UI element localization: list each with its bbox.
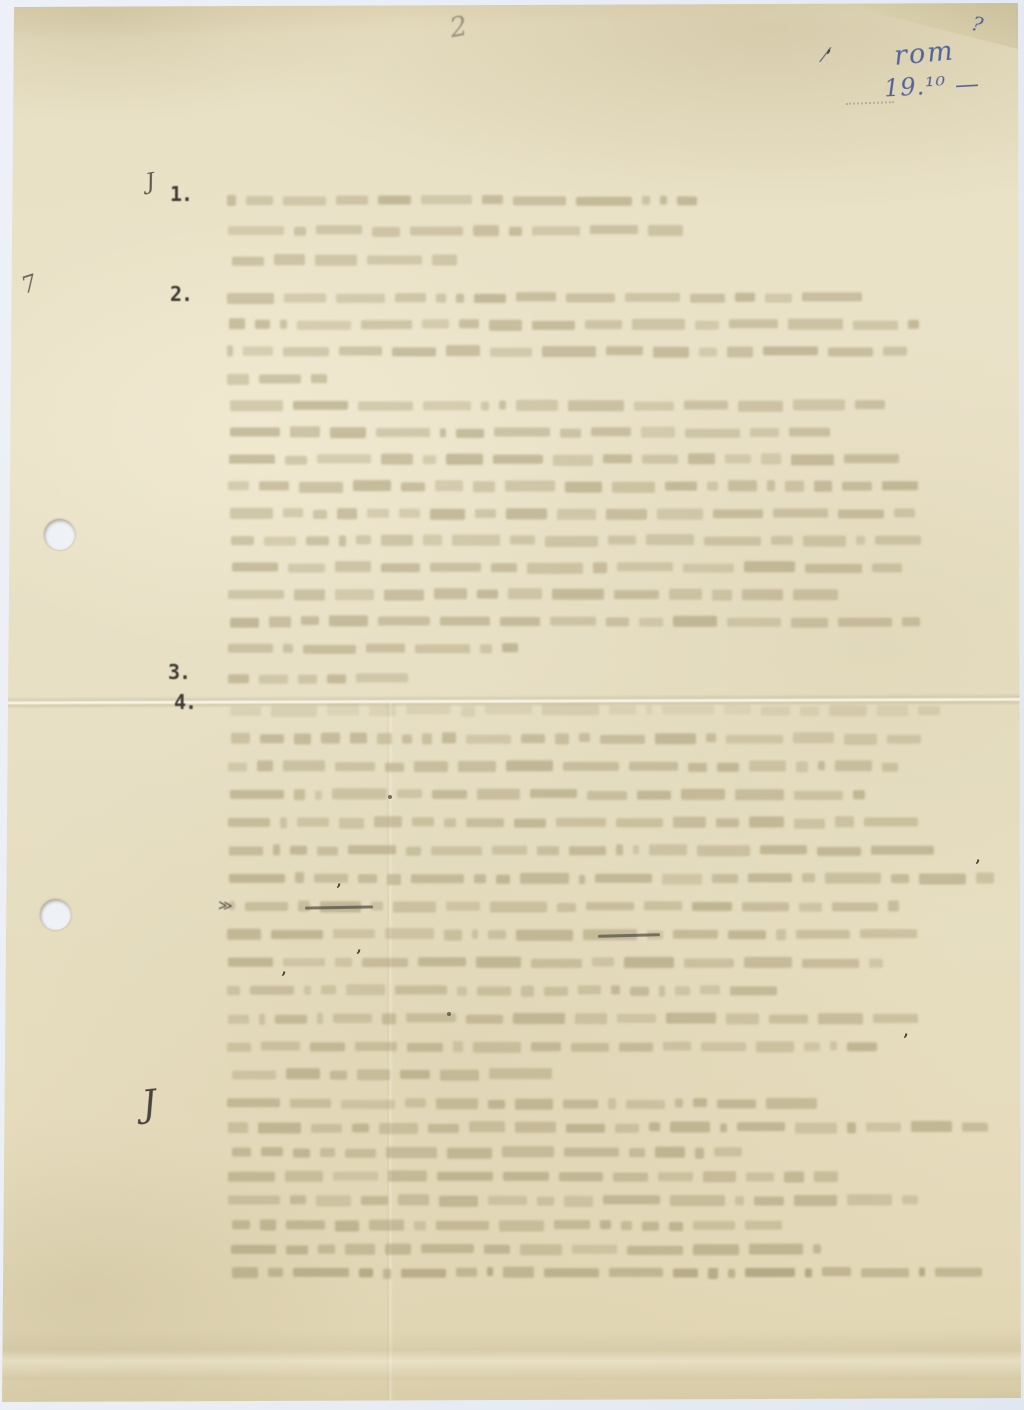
pen-squiggle-mark: ≫ — [217, 898, 231, 915]
typed-word — [569, 847, 606, 855]
typed-word — [459, 319, 479, 328]
typed-word — [713, 509, 763, 519]
typed-line — [230, 611, 930, 624]
typed-word — [766, 1098, 817, 1109]
typed-word — [255, 320, 270, 328]
typed-word — [437, 1172, 493, 1180]
typed-word — [285, 1171, 323, 1182]
typed-word — [490, 902, 547, 913]
typed-word — [727, 347, 753, 358]
typed-word — [381, 535, 413, 546]
typed-word — [432, 790, 467, 799]
typed-word — [310, 1042, 345, 1052]
typed-word — [716, 819, 739, 827]
typed-word — [788, 319, 843, 329]
typed-word — [704, 537, 761, 546]
typed-line — [227, 1093, 827, 1106]
typed-word — [317, 455, 371, 463]
typed-word — [853, 321, 898, 329]
typed-line — [227, 287, 872, 300]
typed-word — [258, 1123, 301, 1134]
typed-word — [367, 255, 422, 264]
typed-word — [853, 790, 865, 800]
typed-word — [717, 1100, 756, 1109]
typed-word — [891, 874, 909, 883]
typed-word — [346, 985, 385, 996]
typed-word — [488, 930, 506, 938]
typed-word — [232, 1267, 258, 1278]
typed-word — [832, 902, 878, 911]
typed-word — [353, 481, 391, 491]
typed-line — [230, 422, 840, 435]
typed-word — [556, 817, 606, 827]
typed-word — [283, 509, 303, 517]
typed-word — [421, 196, 472, 205]
typed-word — [685, 429, 740, 438]
typed-line — [232, 1215, 792, 1228]
typed-word — [576, 196, 632, 206]
typed-word — [314, 873, 348, 883]
typed-word — [229, 455, 275, 464]
typed-word — [228, 481, 249, 491]
typed-line — [228, 220, 693, 233]
typed-word — [754, 1196, 784, 1205]
typed-word — [619, 1042, 653, 1052]
typed-word — [614, 590, 659, 599]
typed-word — [515, 1099, 553, 1109]
typed-word — [410, 226, 463, 236]
typed-word — [271, 930, 323, 940]
typed-line — [230, 700, 950, 713]
typed-word — [830, 1041, 837, 1050]
typed-line — [232, 250, 467, 263]
typed-word — [500, 617, 540, 627]
typed-word — [335, 762, 375, 770]
typed-word — [712, 590, 732, 601]
typed-word — [490, 348, 532, 356]
punch-hole-bottom — [40, 899, 71, 930]
typed-word — [407, 1043, 443, 1052]
punch-hole-top — [44, 519, 75, 550]
typed-word — [245, 902, 288, 910]
typed-word — [288, 563, 325, 573]
list-marker-item-3: 3. — [168, 660, 190, 684]
typed-word — [675, 986, 690, 995]
typed-word — [304, 985, 311, 995]
typed-word — [487, 1267, 493, 1276]
typed-word — [397, 789, 422, 799]
typed-word — [617, 563, 673, 571]
typed-word — [617, 1014, 656, 1023]
typed-word — [794, 1195, 837, 1206]
typed-word — [693, 1245, 739, 1255]
typed-line — [230, 784, 875, 797]
typed-word — [246, 196, 273, 205]
typed-word — [395, 986, 447, 994]
typed-word — [608, 1098, 616, 1109]
typed-word — [446, 345, 480, 355]
typed-word — [283, 197, 326, 206]
list-marker-item-2: 2. — [170, 282, 192, 306]
typed-word — [803, 536, 846, 546]
typed-word — [385, 763, 404, 771]
typed-word — [290, 846, 307, 855]
typed-word — [516, 400, 558, 410]
typed-word — [760, 845, 807, 854]
typed-word — [473, 481, 495, 492]
typed-word — [613, 1172, 648, 1182]
typed-word — [423, 535, 442, 545]
typed-word — [748, 873, 792, 882]
typed-line — [227, 190, 707, 203]
typed-word — [688, 763, 707, 771]
typed-word — [699, 348, 717, 357]
typed-word — [259, 1014, 265, 1024]
typed-word — [243, 347, 273, 356]
typed-word — [662, 706, 714, 714]
typed-word — [802, 959, 859, 967]
typed-word — [902, 618, 920, 626]
typed-word — [230, 427, 280, 436]
typed-word — [230, 508, 273, 519]
typed-word — [294, 790, 305, 800]
typed-word — [793, 589, 838, 600]
typed-word — [436, 293, 446, 302]
typed-word — [330, 1071, 347, 1079]
typed-word — [369, 1220, 404, 1231]
typed-word — [813, 1244, 821, 1253]
typed-word — [318, 1244, 335, 1254]
typed-word — [415, 644, 470, 654]
typed-word — [756, 1042, 794, 1052]
typed-word — [520, 873, 569, 883]
typed-word — [385, 1244, 411, 1254]
typed-word — [269, 617, 291, 628]
typed-word — [339, 818, 364, 829]
typed-word — [489, 1068, 552, 1079]
typed-word — [553, 455, 593, 465]
typed-word — [327, 704, 359, 715]
typed-word — [480, 645, 492, 653]
typed-word — [655, 734, 696, 744]
typed-word — [670, 1122, 710, 1132]
typed-word — [474, 294, 506, 302]
typed-line — [227, 980, 787, 993]
typed-word — [626, 1100, 665, 1109]
typed-word — [822, 1267, 851, 1277]
typed-word — [825, 873, 881, 884]
typed-word — [431, 846, 482, 856]
typed-word — [693, 1098, 707, 1108]
typed-word — [260, 1220, 276, 1230]
typed-word — [293, 401, 348, 410]
typed-word — [423, 455, 436, 465]
typed-line — [227, 341, 917, 354]
typed-word — [750, 428, 779, 436]
typed-word — [339, 346, 382, 356]
typed-word — [283, 761, 325, 771]
typed-word — [818, 1013, 863, 1024]
typed-word — [521, 734, 545, 743]
typed-word — [294, 227, 306, 236]
typed-word — [817, 847, 861, 855]
typed-word — [294, 734, 311, 744]
typed-word — [655, 1147, 685, 1158]
typed-word — [513, 1013, 565, 1023]
typed-word — [461, 706, 475, 717]
typed-word — [545, 536, 598, 546]
typed-word — [466, 1015, 503, 1025]
typed-word — [935, 1268, 982, 1277]
typed-word — [646, 705, 652, 714]
typed-word — [745, 1268, 795, 1278]
typed-word — [311, 374, 327, 383]
typed-word — [259, 482, 289, 491]
typed-word — [663, 1041, 691, 1050]
typed-word — [695, 321, 719, 330]
typed-word — [606, 509, 647, 520]
typed-word — [855, 400, 885, 410]
typed-word — [227, 293, 274, 303]
typed-word — [261, 1147, 283, 1155]
typed-word — [228, 643, 273, 653]
typed-word — [516, 930, 573, 940]
typed-word — [864, 818, 918, 826]
typed-word — [286, 1221, 325, 1230]
typed-word — [805, 1269, 812, 1278]
typed-word — [430, 509, 465, 519]
typed-word — [695, 1148, 704, 1159]
typed-word — [227, 1098, 280, 1108]
typed-word — [503, 1267, 534, 1278]
typed-word — [333, 1014, 372, 1023]
typed-word — [684, 401, 728, 410]
typed-word — [882, 763, 898, 772]
typed-word — [962, 1123, 988, 1131]
typed-word — [317, 846, 338, 856]
typed-word — [231, 733, 250, 744]
typed-word — [418, 958, 466, 966]
typed-word — [887, 734, 921, 744]
typed-line — [232, 1142, 752, 1155]
typed-word — [444, 930, 462, 941]
typed-word — [337, 509, 357, 519]
typed-word — [423, 401, 471, 410]
typed-word — [860, 930, 917, 938]
typed-word — [317, 1013, 323, 1024]
typed-word — [473, 1042, 521, 1052]
typed-word — [356, 674, 408, 683]
typed-word — [285, 456, 307, 465]
typed-word — [286, 1069, 320, 1079]
typed-word — [712, 874, 738, 884]
typed-word — [299, 482, 343, 492]
typed-line — [228, 756, 908, 769]
typed-word — [374, 816, 402, 826]
typed-word — [286, 1246, 308, 1254]
typed-word — [706, 733, 716, 743]
typed-word — [600, 1220, 611, 1228]
typed-word — [616, 818, 663, 828]
typed-word — [621, 1221, 632, 1230]
typed-word — [506, 509, 547, 520]
typed-word — [653, 347, 689, 358]
typed-word — [749, 817, 784, 828]
typed-word — [303, 645, 356, 655]
typed-word — [228, 1123, 248, 1133]
typed-word — [330, 427, 366, 438]
typed-word — [506, 761, 553, 771]
typed-word — [399, 509, 420, 519]
typed-word — [298, 675, 317, 684]
typed-word — [336, 294, 385, 303]
typed-word — [406, 846, 421, 856]
typed-word — [493, 455, 543, 464]
typed-word — [791, 617, 828, 627]
typed-word — [492, 846, 527, 855]
typed-word — [637, 791, 671, 799]
typed-word — [502, 1146, 554, 1157]
typed-word — [730, 987, 777, 996]
typed-word — [869, 959, 883, 967]
typed-word — [333, 1172, 378, 1181]
typed-word — [447, 1148, 492, 1158]
typed-word — [228, 590, 284, 599]
typed-word — [745, 1221, 782, 1230]
typed-word — [476, 957, 521, 967]
typed-word — [592, 958, 614, 966]
typed-word — [341, 1100, 395, 1108]
typed-word — [609, 705, 636, 714]
typed-word — [335, 958, 352, 967]
typed-word — [627, 1246, 683, 1254]
typed-word — [785, 481, 804, 492]
typed-word — [376, 428, 430, 436]
typed-word — [379, 1123, 418, 1133]
typed-word — [505, 481, 555, 491]
typed-word — [477, 789, 520, 800]
typed-word — [793, 400, 845, 411]
typed-word — [802, 292, 862, 301]
typed-word — [232, 256, 264, 266]
typed-word — [446, 454, 483, 464]
typed-word — [230, 400, 283, 411]
typed-word — [728, 930, 766, 939]
typed-word — [648, 225, 683, 236]
typed-word — [473, 225, 499, 236]
typed-word — [642, 455, 678, 465]
typed-word — [442, 733, 456, 743]
typed-word — [297, 321, 351, 330]
typed-line — [228, 584, 848, 597]
typed-word — [579, 733, 590, 741]
typed-line — [229, 840, 944, 853]
typed-line — [228, 476, 928, 489]
typed-word — [321, 986, 336, 995]
typed-word — [316, 225, 362, 235]
typed-word — [593, 562, 607, 573]
typed-word — [585, 320, 622, 330]
pen-tick-mark: ’ — [356, 946, 362, 965]
typed-word — [434, 589, 467, 599]
typed-word — [290, 427, 320, 437]
typed-word — [738, 401, 783, 411]
typed-word — [411, 874, 464, 884]
typed-word — [366, 644, 405, 653]
typed-word — [802, 874, 815, 882]
typed-word — [784, 1172, 804, 1183]
typed-word — [563, 762, 619, 771]
typed-word — [542, 705, 599, 715]
typed-word — [700, 985, 720, 995]
typed-word — [717, 763, 739, 772]
typed-word — [683, 563, 734, 573]
typed-word — [228, 763, 247, 772]
typed-word — [644, 902, 682, 910]
typed-word — [283, 348, 329, 357]
typed-line — [228, 952, 893, 965]
typed-word — [633, 845, 639, 854]
typed-word — [329, 616, 368, 626]
typed-word — [542, 346, 596, 357]
typed-word — [392, 347, 436, 357]
typed-word — [796, 930, 850, 938]
typed-word — [761, 707, 790, 716]
typed-line — [232, 557, 912, 570]
typed-word — [544, 1268, 599, 1278]
typed-line — [228, 1190, 928, 1203]
typed-word — [794, 818, 825, 828]
fold-crease-bottom — [0, 1330, 1024, 1380]
typed-word — [776, 930, 786, 940]
typed-word — [793, 732, 834, 743]
typed-word — [440, 428, 446, 438]
typed-line — [228, 1117, 998, 1130]
typed-word — [294, 590, 325, 601]
typed-word — [586, 902, 634, 910]
typed-word — [316, 1195, 351, 1206]
typed-word — [472, 930, 478, 939]
typed-word — [335, 1221, 359, 1232]
typed-word — [228, 1171, 275, 1181]
typed-word — [660, 196, 667, 204]
typed-word — [800, 707, 819, 716]
typed-word — [866, 1122, 901, 1132]
typed-word — [918, 706, 940, 715]
typed-word — [608, 536, 636, 545]
typed-word — [387, 874, 401, 884]
typed-word — [359, 1269, 373, 1277]
typed-word — [228, 1015, 249, 1023]
typed-line — [227, 924, 927, 937]
typed-word — [440, 617, 490, 626]
typed-word — [301, 616, 319, 625]
typed-word — [726, 734, 783, 744]
typed-word — [230, 790, 284, 799]
typed-word — [227, 346, 233, 357]
typed-word — [290, 1195, 306, 1204]
typed-word — [521, 986, 534, 997]
typed-word — [377, 733, 392, 744]
typed-line — [231, 1239, 831, 1252]
typed-word — [412, 817, 434, 826]
typed-word — [744, 957, 792, 967]
typed-word — [231, 536, 254, 545]
typed-word — [838, 509, 884, 518]
scanned-document: 2 ? rom 19.¹⁰ — / J 7 J 1.2.3.4. ’≫’’’’’ — [0, 0, 1024, 1410]
typed-word — [632, 319, 685, 330]
typed-word — [701, 1042, 746, 1052]
